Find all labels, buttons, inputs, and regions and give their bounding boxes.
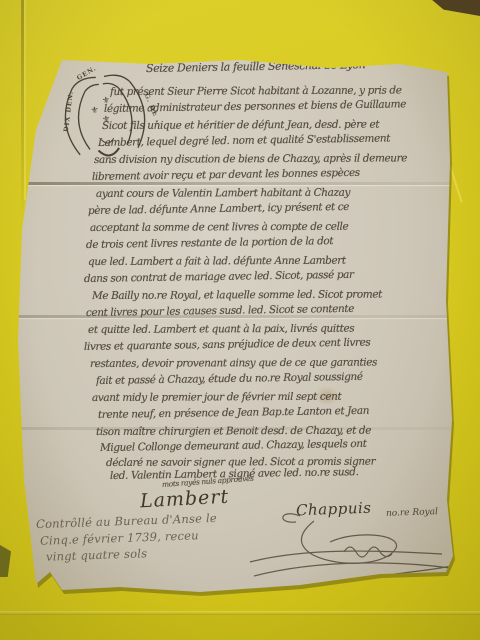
lambert-signature: Lambert (139, 486, 229, 513)
control-note-line: vingt quatre sols (46, 546, 148, 564)
folder-bottom-shade (0, 614, 480, 640)
chappuis-signature-title: no.re Royal (386, 507, 438, 519)
stamp-left-band-text: DIX DEN. (63, 91, 75, 133)
header-line: Seize Deniers la feuille Séneschal de Ly… (146, 57, 446, 75)
folder-left-notch (0, 545, 11, 577)
controller-scribble (344, 547, 392, 557)
manuscript-line: trente neuf, en présence de Jean Bap.te … (98, 404, 438, 424)
folder-crease-highlight (24, 0, 26, 200)
controller-flourish-1 (250, 551, 442, 562)
dark-corner-object (428, 0, 480, 16)
photo-of-manuscript: ⚜ ⚜ ⚜ DIX DEN. G. DE LYON GEN. Seize Den… (0, 0, 480, 640)
chappuis-signature: Chappuis (296, 499, 372, 520)
stamp-top-band-text: GEN. (76, 65, 98, 82)
fleur-icon: ⚜ (90, 105, 100, 117)
chappuis-flourish (301, 521, 396, 563)
manuscript-paper: ⚜ ⚜ ⚜ DIX DEN. G. DE LYON GEN. Seize Den… (14, 56, 458, 596)
control-note-line: Cinq.e février 1739, receu (40, 528, 199, 548)
